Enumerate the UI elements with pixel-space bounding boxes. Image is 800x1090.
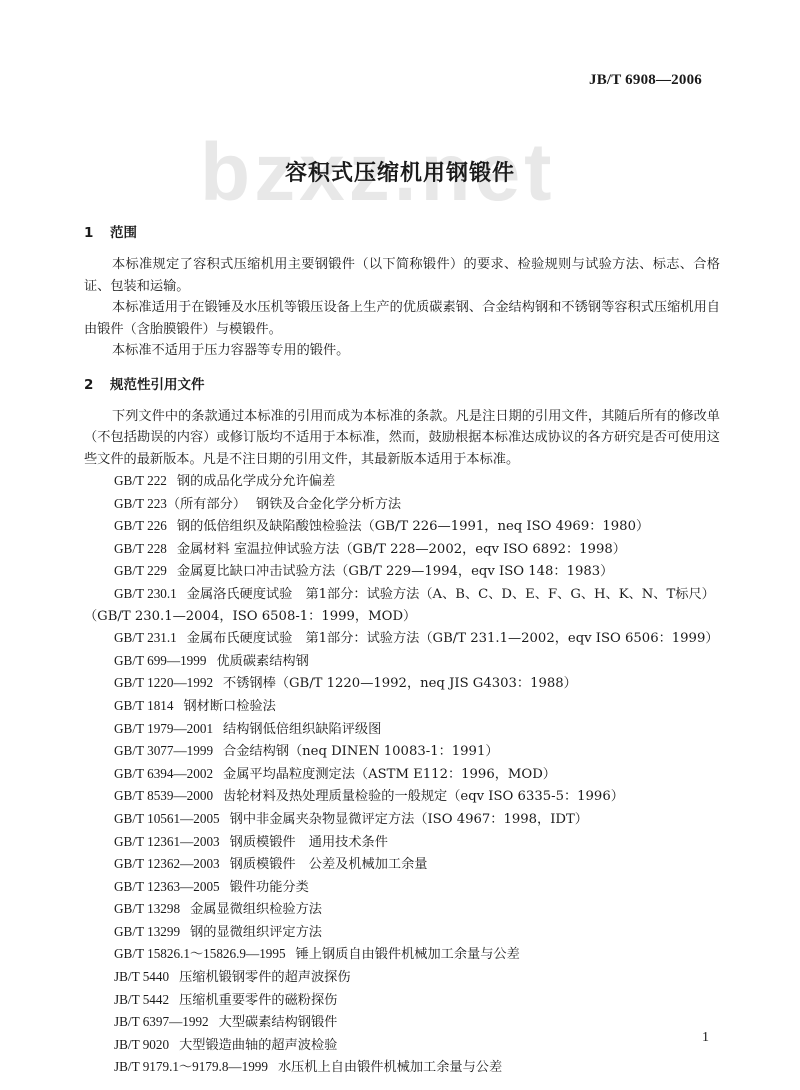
reference-title: 优质碳素结构钢 (216, 654, 308, 669)
reference-item: GB/T 13299钢的显微组织评定方法 (84, 921, 720, 944)
reference-code: GB/T 222 (114, 473, 167, 488)
reference-code: GB/T 12361—2003 (114, 834, 220, 849)
reference-title: 钢的显微组织评定方法 (190, 925, 322, 940)
reference-title: 金属布氏硬度试验 第1部分：试验方法（GB/T 231.1—2002，eqv I… (187, 631, 719, 646)
reference-item: GB/T 222钢的成品化学成分允许偏差 (84, 470, 720, 493)
reference-title: 压缩机重要零件的磁粉探伤 (179, 993, 337, 1008)
reference-item: JB/T 6397—1992大型碳素结构钢锻件 (84, 1011, 720, 1034)
reference-item: JB/T 5442压缩机重要零件的磁粉探伤 (84, 989, 720, 1012)
reference-item: JB/T 5440压缩机锻钢零件的超声波探伤 (84, 966, 720, 989)
reference-item: JB/T 9179.1～9179.8—1999水压机上自由锻件机械加工余量与公差 (84, 1056, 720, 1079)
reference-code: GB/T 1979—2001 (114, 721, 213, 736)
reference-item: GB/T 699—1999优质碳素结构钢 (84, 650, 720, 673)
reference-title: 金属夏比缺口冲击试验方法（GB/T 229—1994，eqv ISO 148：1… (177, 564, 613, 579)
scope-paragraph: 本标准规定了容积式压缩机用主要钢锻件（以下简称锻件）的要求、检验规则与试验方法、… (84, 254, 720, 297)
reference-item: GB/T 228金属材料 室温拉伸试验方法（GB/T 228—2002，eqv … (84, 538, 720, 561)
section-title: 规范性引用文件 (110, 377, 205, 393)
reference-code: GB/T 10561—2005 (114, 811, 220, 826)
reference-item: GB/T 12363—2005锻件功能分类 (84, 876, 720, 899)
reference-code: GB/T 229 (114, 563, 167, 578)
reference-title: 不锈钢棒（GB/T 1220—1992，neq JIS G4303：1988） (223, 676, 577, 691)
reference-title: 结构钢低倍组织缺陷评级图 (223, 722, 381, 737)
reference-title: 齿轮材料及热处理质量检验的一般规定（eqv ISO 6335-5：1996） (223, 789, 624, 804)
reference-title: 水压机上自由锻件机械加工余量与公差 (278, 1060, 502, 1075)
reference-list: GB/T 222钢的成品化学成分允许偏差GB/T 223（所有部分）钢铁及合金化… (84, 470, 720, 1079)
reference-code: GB/T 13299 (114, 924, 180, 939)
reference-item: GB/T 3077—1999合金结构钢（neq DINEN 10083-1：19… (84, 740, 720, 763)
reference-item: GB/T 13298金属显微组织检验方法 (84, 898, 720, 921)
reference-code: GB/T 228 (114, 541, 167, 556)
section-heading-scope: 1范围 (84, 222, 720, 244)
page-number: 1 (702, 1030, 709, 1046)
reference-code: GB/T 6394—2002 (114, 766, 213, 781)
standard-code: JB/T 6908—2006 (589, 72, 702, 89)
reference-item: GB/T 231.1金属布氏硬度试验 第1部分：试验方法（GB/T 231.1—… (84, 627, 720, 650)
reference-title: 金属材料 室温拉伸试验方法（GB/T 228—2002，eqv ISO 6892… (177, 542, 626, 557)
reference-item: GB/T 1814钢材断口检验法 (84, 695, 720, 718)
reference-item: GB/T 15826.1～15826.9—1995锤上钢质自由锻件机械加工余量与… (84, 943, 720, 966)
reference-title: 金属显微组织检验方法 (190, 902, 322, 917)
reference-code: JB/T 5440 (114, 969, 169, 984)
reference-code: GB/T 12362—2003 (114, 856, 220, 871)
reference-title: 钢中非金属夹杂物显微评定方法（ISO 4967：1998，IDT） (230, 812, 588, 827)
reference-item: GB/T 12361—2003钢质模锻件 通用技术条件 (84, 831, 720, 854)
reference-code: JB/T 5442 (114, 992, 169, 1007)
reference-item: GB/T 10561—2005钢中非金属夹杂物显微评定方法（ISO 4967：1… (84, 808, 720, 831)
reference-item: GB/T 6394—2002金属平均晶粒度测定法（ASTM E112：1996，… (84, 763, 720, 786)
reference-item: GB/T 12362—2003钢质模锻件 公差及机械加工余量 (84, 853, 720, 876)
reference-title: 钢的低倍组织及缺陷酸蚀检验法（GB/T 226—1991，neq ISO 496… (177, 519, 649, 534)
reference-title: 钢铁及合金化学分析方法 (256, 497, 401, 512)
reference-code: GB/T 8539—2000 (114, 788, 213, 803)
reference-item: GB/T 229金属夏比缺口冲击试验方法（GB/T 229—1994，eqv I… (84, 560, 720, 583)
reference-title: 金属平均晶粒度测定法（ASTM E112：1996，MOD） (223, 767, 556, 782)
references-intro-paragraph: 下列文件中的条款通过本标准的引用而成为本标准的条款。凡是注日期的引用文件，其随后… (84, 406, 720, 471)
reference-title: 压缩机锻钢零件的超声波探伤 (179, 970, 350, 985)
reference-code: GB/T 226 (114, 518, 167, 533)
reference-title: 锤上钢质自由锻件机械加工余量与公差 (296, 947, 520, 962)
reference-code: JB/T 9179.1～9179.8—1999 (114, 1059, 268, 1074)
reference-item: GB/T 1979—2001结构钢低倍组织缺陷评级图 (84, 718, 720, 741)
reference-title: 钢质模锻件 通用技术条件 (230, 835, 388, 850)
reference-code: JB/T 9020 (114, 1037, 169, 1052)
reference-item: JB/T 9020大型锻造曲轴的超声波检验 (84, 1034, 720, 1057)
reference-code: GB/T 231.1 (114, 630, 177, 645)
reference-item: GB/T 1220—1992不锈钢棒（GB/T 1220—1992，neq JI… (84, 672, 720, 695)
reference-code: JB/T 6397—1992 (114, 1014, 209, 1029)
reference-code: GB/T 3077—1999 (114, 743, 213, 758)
reference-code: GB/T 15826.1～15826.9—1995 (114, 946, 286, 961)
reference-code: GB/T 1220—1992 (114, 675, 213, 690)
reference-title: 合金结构钢（neq DINEN 10083-1：1991） (223, 744, 498, 759)
document-body: 1范围 本标准规定了容积式压缩机用主要钢锻件（以下简称锻件）的要求、检验规则与试… (84, 222, 720, 1079)
scope-paragraph: 本标准不适用于压力容器等专用的锻件。 (84, 340, 720, 362)
reference-title: 钢的成品化学成分允许偏差 (177, 474, 335, 489)
reference-item: GB/T 223（所有部分）钢铁及合金化学分析方法 (84, 493, 720, 516)
section-heading-normative-references: 2规范性引用文件 (84, 374, 720, 396)
section-number: 1 (84, 222, 110, 244)
reference-item: GB/T 230.1金属洛氏硬度试验 第1部分：试验方法（A、B、C、D、E、F… (84, 583, 720, 627)
document-title: 容积式压缩机用钢锻件 (0, 156, 800, 187)
section-title: 范围 (110, 225, 137, 241)
reference-item: GB/T 226钢的低倍组织及缺陷酸蚀检验法（GB/T 226—1991，neq… (84, 515, 720, 538)
reference-title: 锻件功能分类 (230, 880, 309, 895)
reference-title: 金属洛氏硬度试验 第1部分：试验方法（A、B、C、D、E、F、G、H、K、N、T… (84, 587, 715, 624)
reference-title: 钢质模锻件 公差及机械加工余量 (230, 857, 428, 872)
reference-code: GB/T 230.1 (114, 586, 177, 601)
section-number: 2 (84, 374, 110, 396)
reference-title: 大型锻造曲轴的超声波检验 (179, 1038, 337, 1053)
reference-code: GB/T 223（所有部分） (114, 496, 246, 511)
scope-paragraph: 本标准适用于在锻锤及水压机等锻压设备上生产的优质碳素钢、合金结构钢和不锈钢等容积… (84, 297, 720, 340)
reference-title: 钢材断口检验法 (183, 699, 275, 714)
reference-item: GB/T 8539—2000齿轮材料及热处理质量检验的一般规定（eqv ISO … (84, 785, 720, 808)
reference-code: GB/T 13298 (114, 901, 180, 916)
reference-code: GB/T 1814 (114, 698, 173, 713)
reference-code: GB/T 12363—2005 (114, 879, 220, 894)
reference-title: 大型碳素结构钢锻件 (219, 1015, 338, 1030)
reference-code: GB/T 699—1999 (114, 653, 206, 668)
